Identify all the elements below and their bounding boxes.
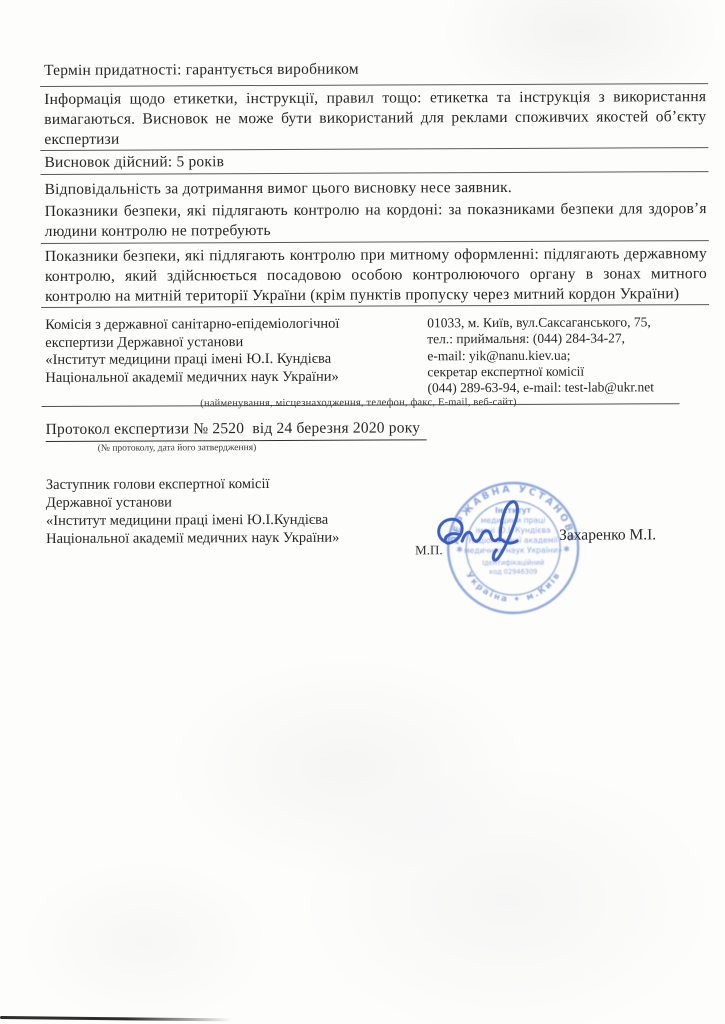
document-body: Термін придатності: гарантується виробни… [40, 52, 712, 1015]
field-customs-control: Показники безпеки, які підлягають контро… [41, 241, 709, 308]
commission-name: Комісія з державної санітарно-епідеміоло… [45, 315, 427, 387]
signer-position-line: Національної академії медичних наук Укра… [46, 528, 426, 548]
field-shelf-life: Термін придатності: гарантується виробни… [40, 52, 708, 87]
signer-position-line: Державної установи [46, 492, 426, 512]
commission-contacts: 01033, м. Київ, вул.Саксаганського, 75, … [427, 314, 679, 397]
handwritten-signature [432, 494, 550, 583]
signer-name: Захаренко М.І. [559, 526, 656, 544]
commission-block: Комісія з державної санітарно-епідеміоло… [41, 310, 679, 407]
commission-phone: тел.: приймальня: (044) 284-34-27, [427, 331, 679, 348]
stamp-star-right: ✱ [563, 545, 570, 554]
field-conclusion-validity: Висновок дійсний: 5 років [40, 148, 708, 175]
protocol-block: Протокол експертизи № 2520 від 24 березн… [46, 419, 427, 454]
commission-address: 01033, м. Київ, вул.Саксаганського, 75, [427, 314, 679, 331]
commission-footnote: (найменування, місцезнаходження, телефон… [42, 396, 676, 410]
protocol-footnote: (№ протоколу, дата його затвердження) [98, 442, 427, 453]
protocol-number-line: Протокол експертизи № 2520 від 24 березн… [46, 419, 427, 442]
commission-name-line: експертизи Державної установи [45, 333, 427, 352]
scanned-document-page: { "document": { "sections": [ "Термін пр… [0, 0, 725, 1024]
signer-position-line: «Інститут медицини праці імені Ю.І.Кунді… [46, 510, 426, 530]
scan-artifact-line [0, 1016, 232, 1021]
field-label-info: Інформація щодо етикетки, інструкції, пр… [40, 84, 708, 151]
commission-secretary: секретар експертної комісії [427, 363, 679, 380]
commission-name-line: «Інститут медицини праці імені Ю.І. Кунд… [45, 350, 427, 369]
field-border-control: Показники безпеки, які підлягають контро… [41, 197, 709, 244]
commission-name-line: Національної академії медичних наук Укра… [45, 368, 427, 387]
commission-name-line: Комісія з державної санітарно-епідеміоло… [45, 315, 427, 334]
commission-secretary-contacts: (044) 289-63-94, e-mail: test-lab@ukr.ne… [427, 379, 679, 396]
signer-position-block: Заступник голови експертної комісії Держ… [46, 474, 426, 548]
field-responsibility: Відповідальність за дотримання вимог цьо… [41, 172, 709, 200]
signer-position-line: Заступник голови експертної комісії [46, 474, 426, 494]
commission-email: e-mail: yik@nanu.kiev.ua; [427, 347, 679, 364]
